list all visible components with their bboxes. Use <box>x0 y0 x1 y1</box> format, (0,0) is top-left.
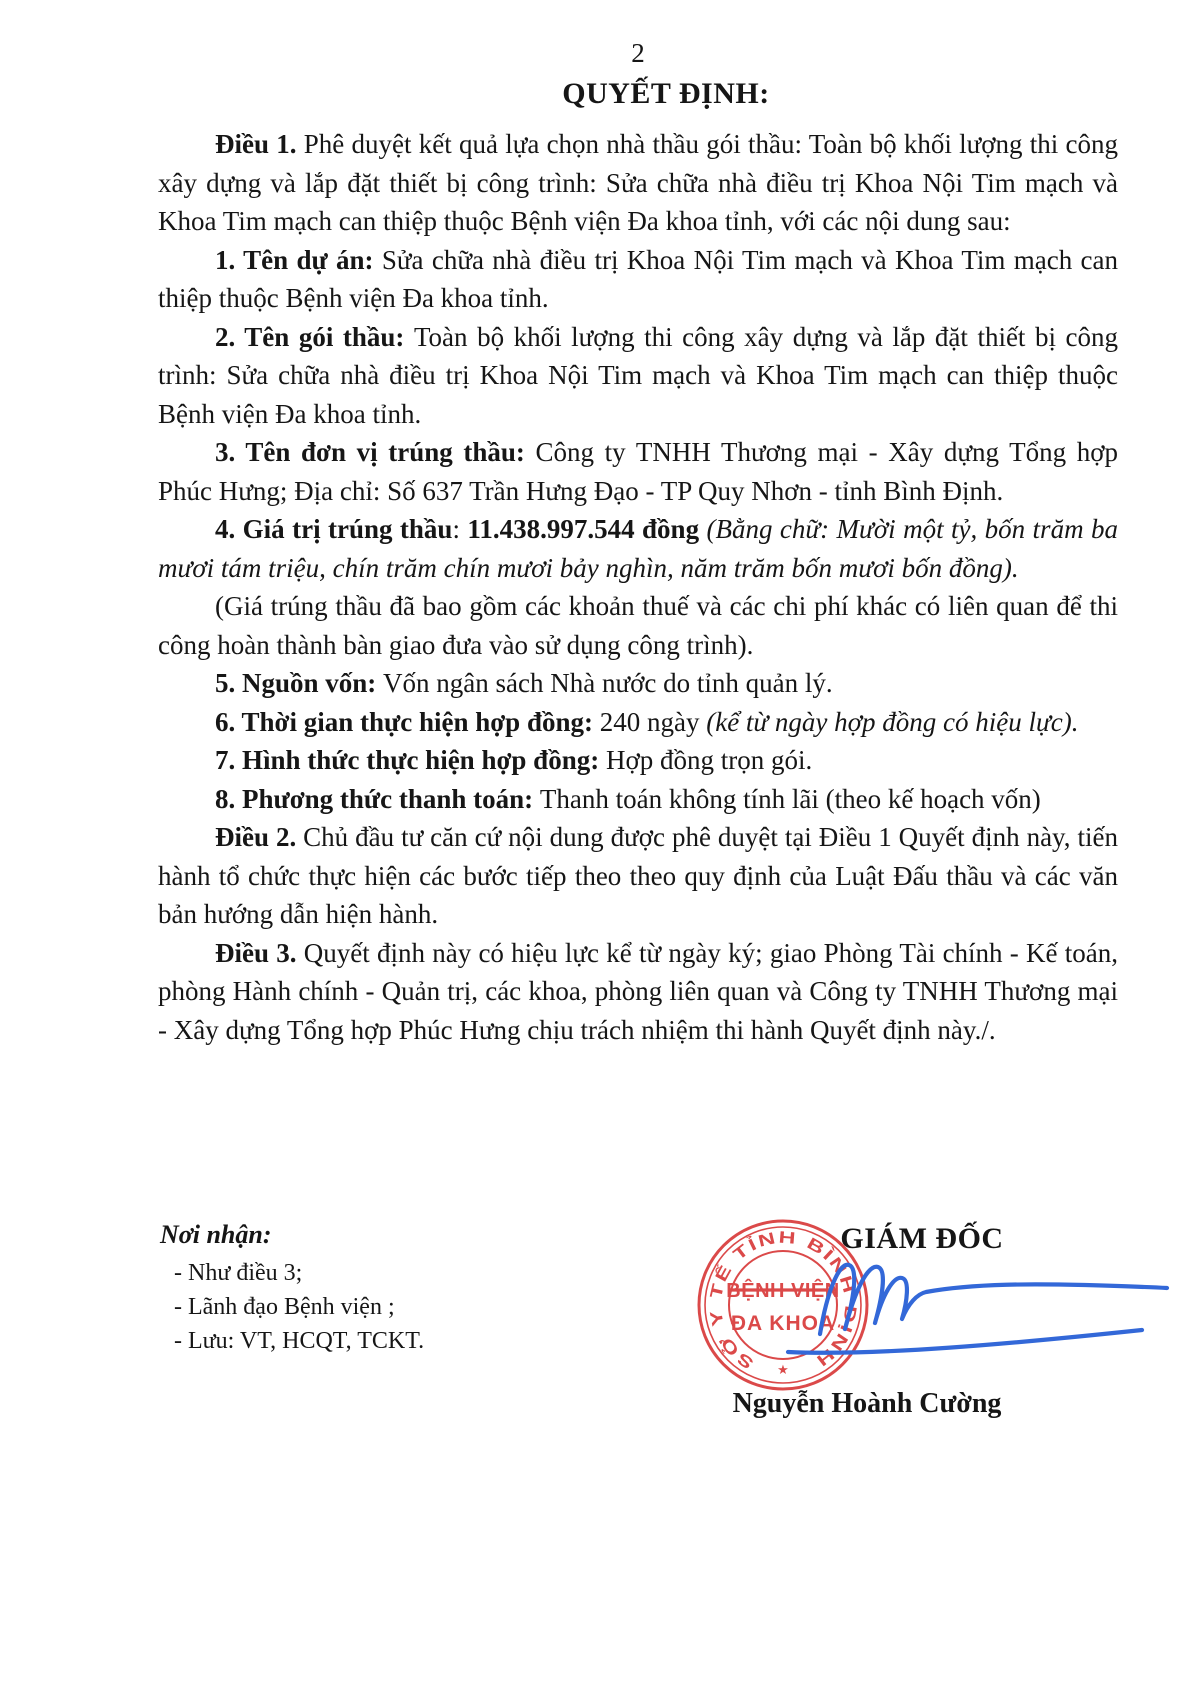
recipient-item: - Lưu: VT, HCQT, TCKT. <box>174 1324 424 1358</box>
item-6-note: (kể từ ngày hợp đồng có hiệu lực). <box>706 707 1078 737</box>
item-1-label: 1. Tên dự án: <box>215 245 382 275</box>
paragraph-dieu-2: Điều 2. Chủ đầu tư căn cứ nội dung được … <box>158 818 1118 934</box>
item-5-text: Vốn ngân sách Nhà nước do tỉnh quản lý. <box>383 668 833 698</box>
page-number: 2 <box>158 0 1118 69</box>
item-8-text: Thanh toán không tính lãi (theo kế hoạch… <box>540 784 1041 814</box>
item-6-label: 6. Thời gian thực hiện hợp đồng: <box>215 707 600 737</box>
dieu-3-label: Điều 3. <box>215 938 304 968</box>
document-body: Điều 1. Phê duyệt kết quả lựa chọn nhà t… <box>158 125 1118 1049</box>
dieu-1-label: Điều 1. <box>215 129 304 159</box>
paragraph-item-3: 3. Tên đơn vị trúng thầu: Công ty TNHH T… <box>158 433 1118 510</box>
recipient-item: - Lãnh đạo Bệnh viện ; <box>174 1290 424 1324</box>
item-7-text: Hợp đồng trọn gói. <box>606 745 812 775</box>
recipients-block: Nơi nhận: - Như điều 3; - Lãnh đạo Bệnh … <box>160 1218 424 1358</box>
item-2-label: 2. Tên gói thầu: <box>215 322 414 352</box>
paragraph-item-2: 2. Tên gói thầu: Toàn bộ khối lượng thi … <box>158 318 1118 434</box>
recipient-item: - Như điều 3; <box>174 1256 424 1290</box>
paragraph-dieu-1: Điều 1. Phê duyệt kết quả lựa chọn nhà t… <box>158 125 1118 241</box>
signature-ink <box>770 1240 1180 1365</box>
item-4-amount: 11.438.997.544 đồng <box>467 514 706 544</box>
recipients-heading: Nơi nhận: <box>160 1218 424 1252</box>
item-7-label: 7. Hình thức thực hiện hợp đồng: <box>215 745 606 775</box>
signer-name: Nguyễn Hoành Cường <box>717 1388 1017 1420</box>
dieu-2-label: Điều 2. <box>215 822 303 852</box>
item-4-label: 4. Giá trị trúng thầu <box>215 514 452 544</box>
item-5-label: 5. Nguồn vốn: <box>215 668 383 698</box>
item-8-label: 8. Phương thức thanh toán: <box>215 784 540 814</box>
paragraph-item-6: 6. Thời gian thực hiện hợp đồng: 240 ngà… <box>158 703 1118 742</box>
paragraph-item-8: 8. Phương thức thanh toán: Thanh toán kh… <box>158 780 1118 819</box>
paragraph-dieu-3: Điều 3. Quyết định này có hiệu lực kể từ… <box>158 934 1118 1050</box>
paragraph-item-5: 5. Nguồn vốn: Vốn ngân sách Nhà nước do … <box>158 664 1118 703</box>
document-title: QUYẾT ĐỊNH: <box>158 77 1118 111</box>
paragraph-item-7: 7. Hình thức thực hiện hợp đồng: Hợp đồn… <box>158 741 1118 780</box>
item-3-label: 3. Tên đơn vị trúng thầu: <box>215 437 536 467</box>
paragraph-price-note: (Giá trúng thầu đã bao gồm các khoản thu… <box>158 587 1118 664</box>
item-4-colon: : <box>452 514 467 544</box>
document-page: 2 QUYẾT ĐỊNH: Điều 1. Phê duyệt kết quả … <box>0 0 1200 1698</box>
signature-stroke-under <box>788 1330 1142 1353</box>
paragraph-item-1: 1. Tên dự án: Sửa chữa nhà điều trị Khoa… <box>158 241 1118 318</box>
signature-stroke-main <box>820 1265 1167 1334</box>
price-note-text: (Giá trúng thầu đã bao gồm các khoản thu… <box>158 591 1118 660</box>
paragraph-item-4: 4. Giá trị trúng thầu: 11.438.997.544 đồ… <box>158 510 1118 587</box>
item-6-text: 240 ngày <box>600 707 706 737</box>
